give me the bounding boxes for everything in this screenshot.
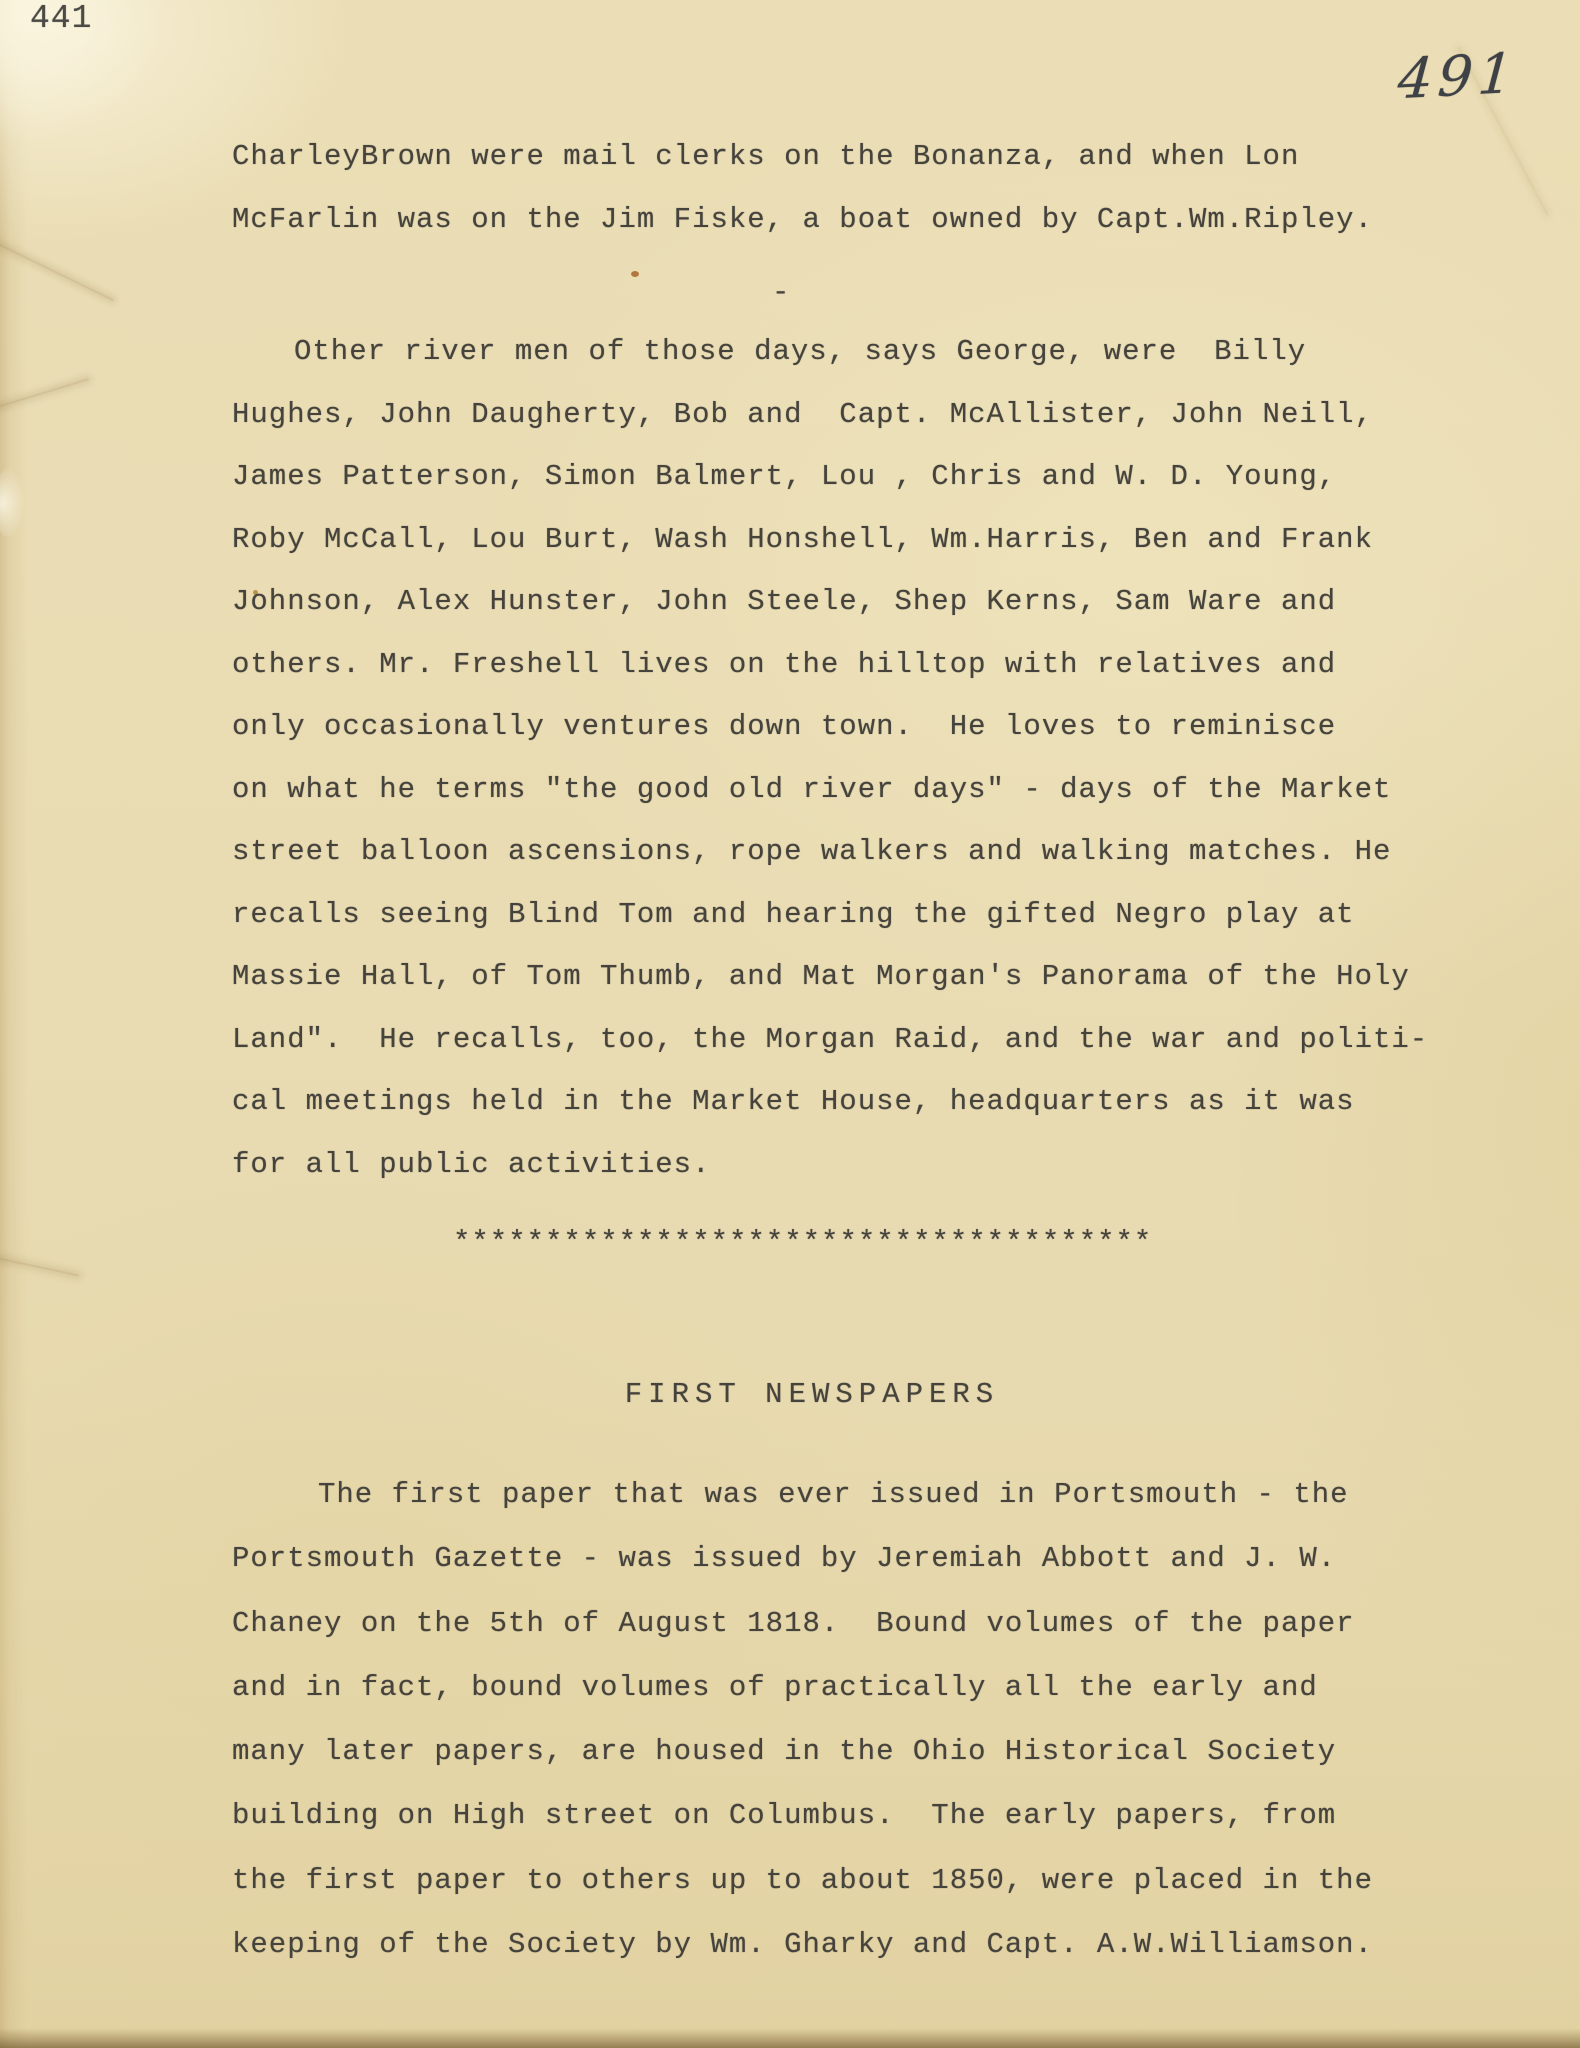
ink-stain-speck bbox=[631, 271, 639, 277]
typewritten-line: only occasionally ventures down town. He… bbox=[232, 712, 1428, 775]
separator-dash: - bbox=[772, 278, 790, 307]
typewritten-line: Land". He recalls, too, the Morgan Raid,… bbox=[232, 1025, 1428, 1088]
typed-page-number: 441 bbox=[30, 2, 92, 35]
typewritten-line: The first paper that was ever issued in … bbox=[232, 1480, 1373, 1544]
paper-crease bbox=[0, 225, 114, 301]
manuscript-page: 441 491 CharleyBrown were mail clerks on… bbox=[0, 0, 1580, 2048]
typewritten-line: Roby McCall, Lou Burt, Wash Honshell, Wm… bbox=[232, 525, 1428, 588]
edge-tear-mark bbox=[0, 468, 24, 538]
paragraph-river-men: Other river men of those days, says Geor… bbox=[232, 337, 1428, 1212]
typewritten-line: Massie Hall, of Tom Thumb, and Mat Morga… bbox=[232, 962, 1428, 1025]
typewritten-line: on what he terms "the good old river day… bbox=[232, 775, 1428, 838]
handwritten-page-number: 491 bbox=[1396, 41, 1520, 112]
paper-crease bbox=[0, 378, 89, 424]
typewritten-line: the first paper to others up to about 18… bbox=[232, 1866, 1373, 1930]
typewritten-line: CharleyBrown were mail clerks on the Bon… bbox=[232, 142, 1373, 205]
typewritten-line: McFarlin was on the Jim Fiske, a boat ow… bbox=[232, 205, 1373, 268]
typewritten-line: James Patterson, Simon Balmert, Lou , Ch… bbox=[232, 462, 1428, 525]
typewritten-line: cal meetings held in the Market House, h… bbox=[232, 1087, 1428, 1150]
typewritten-line: many later papers, are housed in the Ohi… bbox=[232, 1737, 1373, 1801]
typewritten-line: and in fact, bound volumes of practicall… bbox=[232, 1673, 1373, 1737]
typewritten-line: Portsmouth Gazette - was issued by Jerem… bbox=[232, 1544, 1373, 1608]
section-heading-first-newspapers: FIRST NEWSPAPERS bbox=[232, 1380, 1392, 1409]
typewritten-line: Other river men of those days, says Geor… bbox=[232, 337, 1428, 400]
paragraph-mail-clerks: CharleyBrown were mail clerks on the Bon… bbox=[232, 142, 1373, 267]
paragraph-first-newspapers: The first paper that was ever issued in … bbox=[232, 1480, 1373, 1994]
typewritten-line: Hughes, John Daugherty, Bob and Capt. Mc… bbox=[232, 400, 1428, 463]
typewritten-line: street balloon ascensions, rope walkers … bbox=[232, 837, 1428, 900]
typewritten-line: Chaney on the 5th of August 1818. Bound … bbox=[232, 1609, 1373, 1673]
typewritten-line: Johnson, Alex Hunster, John Steele, Shep… bbox=[232, 587, 1428, 650]
asterisk-divider: ************************************** bbox=[453, 1228, 1152, 1257]
paper-crease bbox=[0, 1250, 79, 1277]
typewritten-line: recalls seeing Blind Tom and hearing the… bbox=[232, 900, 1428, 963]
typewritten-line: building on High street on Columbus. The… bbox=[232, 1801, 1373, 1865]
typewritten-line: others. Mr. Freshell lives on the hillto… bbox=[232, 650, 1428, 713]
typewritten-line: for all public activities. bbox=[232, 1150, 1428, 1213]
typewritten-line: keeping of the Society by Wm. Gharky and… bbox=[232, 1930, 1373, 1994]
